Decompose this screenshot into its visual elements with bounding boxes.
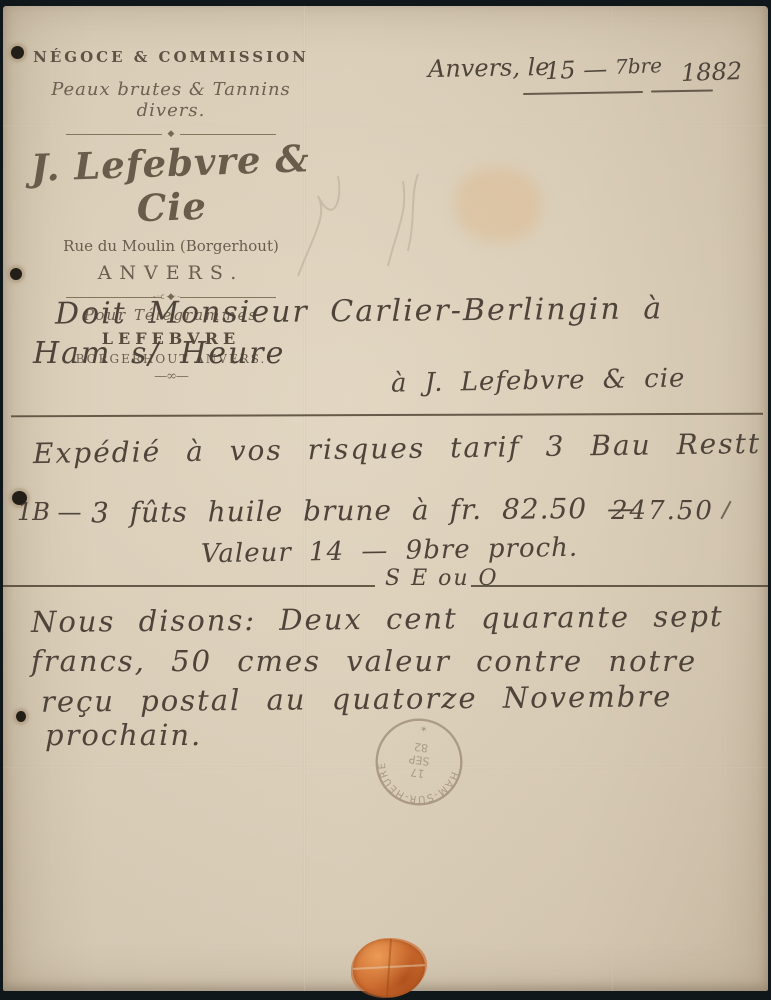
postmark-star: ✶	[419, 722, 428, 734]
item-description: 3 fûts huile brune à fr. 82.50 —	[91, 492, 636, 530]
dateline-day: 15 —	[545, 55, 608, 85]
photo-background: NÉGOCE & COMMISSION Peaux brutes & Tanni…	[0, 0, 771, 1000]
creditor-line: à J. Lefebvre & cie	[391, 363, 686, 398]
amount-words-line-4: prochain.	[45, 718, 202, 752]
punch-hole	[10, 268, 22, 280]
postmark-date-year: 82	[413, 740, 429, 755]
seo-rule-right	[471, 585, 768, 587]
dateline-year: 1882	[681, 57, 743, 87]
cask-mark: 1B —	[17, 498, 82, 526]
letterhead-company-name: J. Lefebvre & Cie	[30, 136, 313, 234]
dateline-underline	[523, 91, 643, 95]
debit-line-2: Ham s/ Heure	[33, 336, 285, 371]
paper-stain	[455, 168, 541, 242]
dateline-month: 7bre	[615, 53, 663, 79]
amount-words-line-3: reçu postal au quatorze Novembre	[41, 679, 673, 719]
errors-excepted: S E ou O	[385, 566, 499, 591]
letterhead: NÉGOCE & COMMISSION Peaux brutes & Tanni…	[31, 48, 311, 384]
seo-rule-left	[3, 585, 375, 587]
dateline-place: Anvers, le	[428, 53, 550, 83]
item-amount: 247.50	[611, 496, 714, 526]
letterhead-business-type: NÉGOCE & COMMISSION	[31, 48, 311, 66]
letterhead-business-desc: Peaux brutes & Tannins divers.	[31, 79, 311, 121]
section-rule	[11, 413, 763, 418]
letterhead-street: Rue du Moulin (Borgerhout)	[31, 237, 311, 255]
punch-hole	[16, 711, 26, 722]
letterhead-city: ANVERS.	[31, 262, 311, 284]
dateline-underline	[651, 89, 713, 92]
postmark-stamp: HAM-SUR-HEURE 17 SEP 82 ✶	[367, 710, 471, 814]
value-date-line: Valeur 14 — 9bre proch.	[201, 533, 579, 570]
debit-line-1: Doit Monsieur Carlier-Berlingin à	[55, 291, 663, 331]
punch-hole	[11, 46, 24, 59]
wax-seal	[353, 939, 425, 997]
amount-words-line-1: Nous disons: Deux cent quarante sept	[31, 599, 724, 639]
ornament-squiggle: —∞—	[31, 369, 311, 384]
amount-words-line-2: francs, 50 cmes valeur contre notre	[31, 644, 697, 678]
letter-paper: NÉGOCE & COMMISSION Peaux brutes & Tanni…	[3, 6, 768, 991]
shipping-terms: Expédié à vos risques tarif 3 Bau Restt	[33, 427, 762, 470]
pen-tick	[720, 501, 731, 520]
